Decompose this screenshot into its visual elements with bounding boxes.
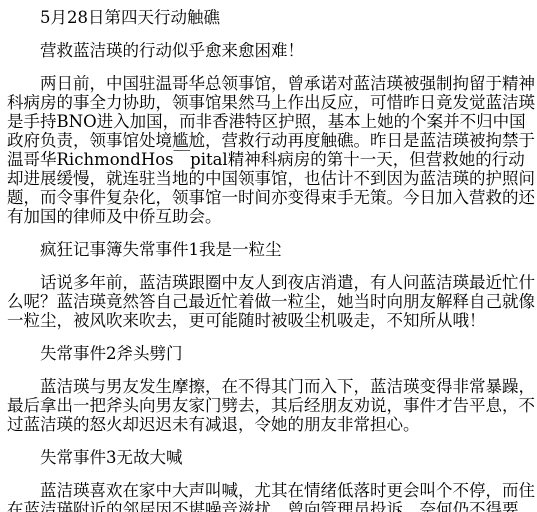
article-lede: 营救蓝洁瑛的行动似乎愈来愈困难！ (7, 41, 535, 60)
article-page: 5月28日第四天行动触礁 营救蓝洁瑛的行动似乎愈来愈困难！ 两日前，中国驻温哥华… (0, 0, 537, 512)
body-paragraph-incident-2: 蓝洁瑛与男友发生摩擦，在不得其门而入下，蓝洁瑛变得非常暴躁，最后拿出一把斧头向男… (7, 377, 535, 434)
body-paragraph-incident-3: 蓝洁瑛喜欢在家中大声叫喊，尤其在情绪低落时更会叫个不停，而住在蓝洁瑛附近的邻居因… (7, 481, 535, 512)
section-heading-incident-3: 失常事件3无故大喊 (7, 448, 535, 467)
body-paragraph-incident-1: 话说多年前，蓝洁瑛跟圈中友人到夜店消遣，有人问蓝洁瑛最近忙什么呢？蓝洁瑛竟然答自… (7, 273, 535, 330)
section-heading-incident-1: 疯狂记事簿失常事件1我是一粒尘 (7, 240, 535, 259)
body-paragraph-rescue-update: 两日前，中国驻温哥华总领事馆，曾承诺对蓝洁瑛被强制拘留于精神科病房的事全力协助，… (7, 74, 535, 226)
article-title: 5月28日第四天行动触礁 (7, 8, 535, 27)
section-heading-incident-2: 失常事件2斧头劈门 (7, 344, 535, 363)
